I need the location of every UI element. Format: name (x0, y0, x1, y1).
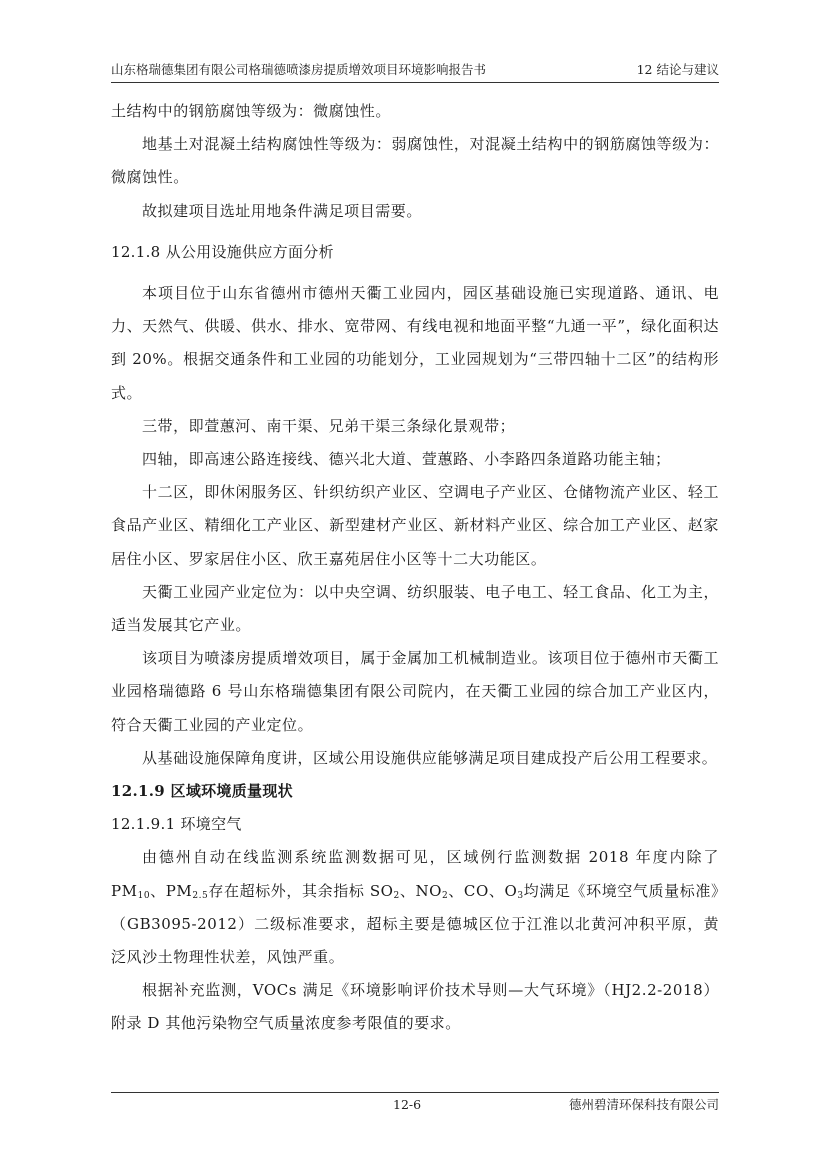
paragraph: 故拟建项目选址用地条件满足项目需要。 (111, 195, 719, 228)
paragraph: 天衢工业园产业定位为：以中央空调、纺织服装、电子电工、轻工食品、化工为主，适当发… (111, 576, 719, 642)
paragraph: 本项目位于山东省德州市德州天衢工业园内，园区基础设施已实现道路、通讯、电力、天然… (111, 277, 719, 410)
document-title: 山东格瑞德集团有限公司格瑞德喷漆房提质增效项目环境影响报告书 (111, 60, 486, 82)
section-heading-12-1-8: 12.1.8 从公用设施供应方面分析 (111, 236, 719, 269)
page-footer: 12-6 德州碧清环保科技有限公司 (111, 1092, 719, 1117)
paragraph: 根据补充监测，VOCs 满足《环境影响评价技术导则—大气环境》（HJ2.2-20… (111, 974, 719, 1040)
page-number: 12-6 (393, 1095, 421, 1115)
footer-company: 德州碧清环保科技有限公司 (569, 1095, 719, 1115)
paragraph: 该项目为喷漆房提质增效项目，属于金属加工机械制造业。该项目位于德州市天衢工业园格… (111, 642, 719, 742)
page-header: 山东格瑞德集团有限公司格瑞德喷漆房提质增效项目环境影响报告书 12 结论与建议 (111, 60, 719, 83)
paragraph: 从基础设施保障角度讲，区域公用设施供应能够满足项目建成投产后公用工程要求。 (111, 742, 719, 775)
section-heading-12-1-9: 12.1.9 区域环境质量现状 (111, 775, 719, 808)
paragraph: 十二区，即休闲服务区、针织纺织产业区、空调电子产业区、仓储物流产业区、轻工食品产… (111, 476, 719, 576)
chapter-title: 12 结论与建议 (637, 60, 719, 82)
subsection-heading-12-1-9-1: 12.1.9.1 环境空气 (111, 808, 719, 841)
paragraph: 三带，即萱蕙河、南干渠、兄弟干渠三条绿化景观带； (111, 410, 719, 443)
paragraph: 四轴，即高速公路连接线、德兴北大道、萱蕙路、小李路四条道路功能主轴； (111, 443, 719, 476)
paragraph-air-quality: 由德州自动在线监测系统监测数据可见，区域例行监测数据 2018 年度内除了PM1… (111, 841, 719, 974)
page-content: 土结构中的钢筋腐蚀等级为：微腐蚀性。 地基土对混凝土结构腐蚀性等级为：弱腐蚀性，… (111, 95, 719, 1041)
paragraph: 地基土对混凝土结构腐蚀性等级为：弱腐蚀性，对混凝土结构中的钢筋腐蚀等级为：微腐蚀… (111, 128, 719, 194)
paragraph: 土结构中的钢筋腐蚀等级为：微腐蚀性。 (111, 95, 719, 128)
